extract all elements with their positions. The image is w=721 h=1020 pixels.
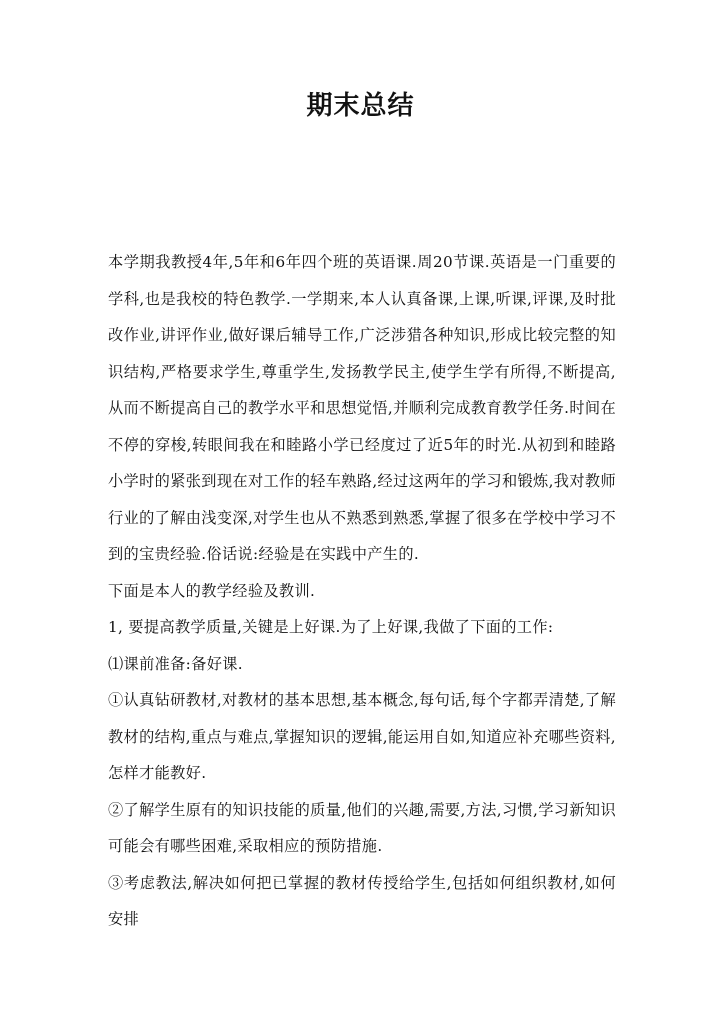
paragraph-item-2: ②了解学生原有的知识技能的质量,他们的兴趣,需要,方法,习惯,学习新知识可能会有… [108,792,616,865]
paragraph-point-1: 1, 要提高教学质量,关键是上好课.为了上好课,我做了下面的工作: [108,609,616,646]
document-title: 期末总结 [0,88,721,124]
paragraph-intro: 本学期我教授4年,5年和6年四个班的英语课.周20节课.英语是一门重要的学科,也… [108,244,616,573]
paragraph-subpoint-preparation: ⑴课前准备:备好课. [108,646,616,683]
paragraph-item-3: ③考虑教法,解决如何把已掌握的教材传授给学生,包括如何组织教材,如何安排 [108,865,616,938]
document-page: 期末总结 本学期我教授4年,5年和6年四个班的英语课.周20节课.英语是一门重要… [0,0,721,1020]
document-body: 本学期我教授4年,5年和6年四个班的英语课.周20节课.英语是一门重要的学科,也… [108,244,616,938]
paragraph-item-1: ①认真钻研教材,对教材的基本思想,基本概念,每句话,每个字都弄清楚,了解教材的结… [108,682,616,792]
paragraph-experience-heading: 下面是本人的教学经验及教训. [108,573,616,610]
